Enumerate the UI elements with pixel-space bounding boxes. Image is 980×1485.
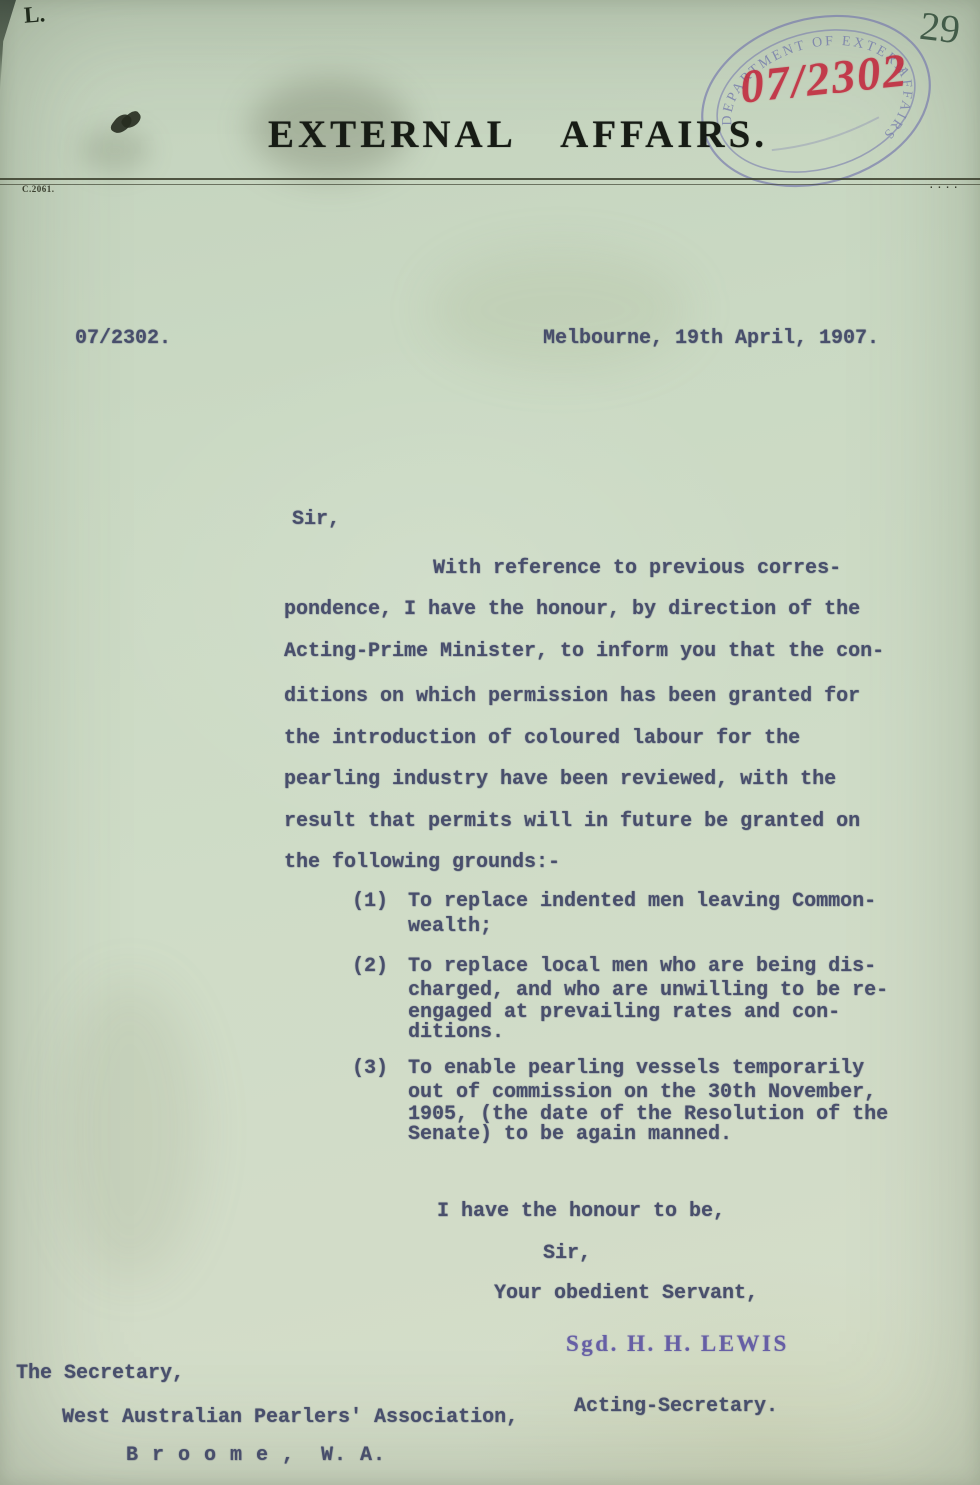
handwritten-initial: L. [23,1,46,28]
addressee-line: The Secretary, [16,1363,184,1385]
list-item-number: (2) [352,956,388,978]
ink-blot [112,110,146,140]
body-line: the introduction of coloured labour for … [284,728,800,750]
signature-role: Acting-Secretary. [574,1396,778,1418]
body-line: the following grounds:- [284,852,560,874]
body-line: Acting-Prime Minister, to inform you tha… [284,641,884,663]
body-line: result that permits will in future be gr… [284,811,860,833]
scan-edge-artifact [0,0,16,92]
file-number: 07/2302. [75,328,171,350]
paper-smudge [60,980,200,1280]
list-item-number: (1) [352,891,388,913]
form-number: C.2061. [22,184,55,194]
list-item-line: wealth; [408,916,492,938]
scanned-letter-page: L. 29 DEPARTMENT OF EXTERNAL AFFAIRS 07/… [0,0,980,1485]
rule-edge-dots: ···· [928,181,961,194]
valediction-line: I have the honour to be, [437,1201,725,1223]
valediction-line: Sir, [543,1243,591,1265]
body-line: pearling industry have been reviewed, wi… [284,769,836,791]
list-item-line: To replace local men who are being dis- [408,956,876,978]
list-item-line: Senate) to be again manned. [408,1124,732,1146]
list-item-line: ditions. [408,1022,504,1044]
salutation: Sir, [292,509,340,531]
list-item-line: To enable pearling vessels temporarily [408,1058,864,1080]
body-line: ditions on which permission has been gra… [284,686,860,708]
list-item-line: charged, and who are unwilling to be re- [408,980,888,1002]
body-line: pondence, I have the honour, by directio… [284,599,860,621]
letterhead-title: EXTERNAL AFFAIRS. [268,112,768,157]
list-item-line: To replace indented men leaving Common- [408,891,876,913]
letterhead-rule [0,178,980,185]
list-item-line: out of commission on the 30th November, [408,1082,876,1104]
addressee-line: B r o o m e , W. A. [126,1445,386,1467]
addressee-line: West Australian Pearlers' Association, [62,1407,518,1429]
dateline: Melbourne, 19th April, 1907. [543,328,879,350]
body-line: With reference to previous corres- [433,558,841,580]
valediction-line: Your obedient Servant, [494,1283,758,1305]
list-item-number: (3) [352,1058,388,1080]
oval-stamp-graphic: DEPARTMENT OF EXTERNAL AFFAIRS [675,0,958,218]
paper-smudge [430,250,690,370]
department-oval-stamp: DEPARTMENT OF EXTERNAL AFFAIRS [675,0,958,218]
signature-stamp: Sgd. H. H. LEWIS [566,1331,789,1357]
